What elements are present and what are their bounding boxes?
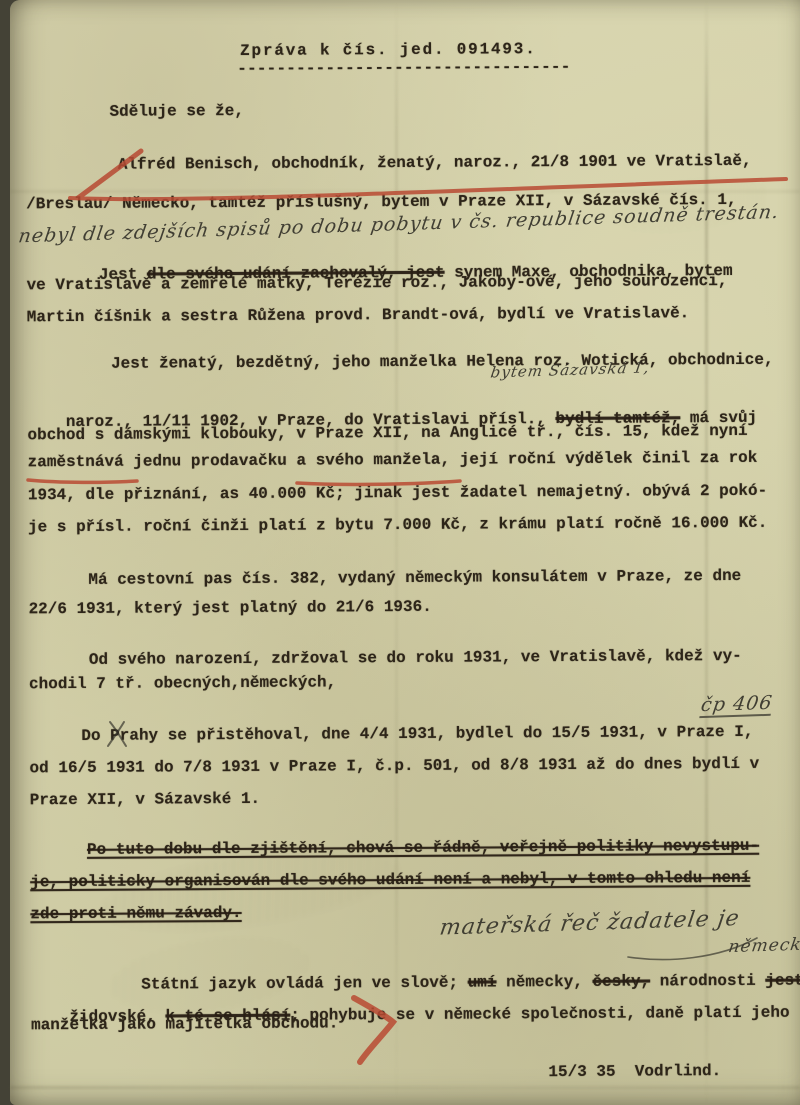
struck-paragraph-line: je, politicky organisován dle svého udán… [30,868,750,892]
handwritten-insert-address: bytem Sázavská 1, [489,358,651,381]
struck-paragraph-line: Po tuto dobu dle zjištění, chová se řádn… [87,836,759,860]
typed-line-siblings: Martin číšnik a sestra Růžena provd. Bra… [27,303,690,327]
typed-line-income: 1934, dle přiznání, as 40.000 Kč; jinak … [28,481,767,506]
typed-line-person-header: Alfréd Benisch, obchodník, ženatý, naroz… [118,151,752,175]
typed-line-employees: zaměstnává jednu prodavačku a svého manž… [28,448,758,472]
typed-line-current-address: Praze XII, v Sázavské 1. [30,789,261,810]
handwritten-note-mother-tongue: mateřská řeč žadatele je [438,906,741,941]
typed-line-residence-history: Od svého narození, zdržoval se do roku 1… [89,646,742,670]
struck-paragraph-line: zde proti němu závady. [30,903,241,924]
typed-line-mother: ve Vratislavě a zemřelé matky, Terézie r… [26,271,727,295]
report-body: Zpráva k čís. jed. 091493. -------------… [0,0,800,1105]
date-and-signature: 15/3 35 Vodrlind. [548,1061,721,1082]
handwritten-house-number: čp 406 [699,692,774,718]
title-dashed-underline: ---------------------------------- [237,57,570,79]
typed-line-passport: Má cestovní pas čís. 382, vydaný německý… [88,566,741,590]
typed-line-rent: je s přísl. roční činži platí z bytu 7.0… [28,513,767,538]
typed-line-wife: Jest ženatý, bezdětný, jeho manželka Hel… [111,350,774,374]
typed-line-addresses: od 16/5 1931 do 7/8 1931 v Praze I, č.p.… [29,754,759,778]
typed-line-moved-to-prague: Do Prahy se přistěhoval, dne 4/4 1931, b… [81,722,753,746]
salutation-line: Sděluje se že, [109,101,244,122]
typed-line-schooling: chodil 7 tř. obecných,německých, [29,672,336,694]
typed-line-passport-validity: 22/6 1931, který jest platný do 21/6 193… [28,597,431,619]
typed-segment: ; pohybuje se v německé společnosti, dan… [290,1004,789,1025]
typed-line-taxes: manželka jako majitelka obchodu. [31,1013,338,1035]
